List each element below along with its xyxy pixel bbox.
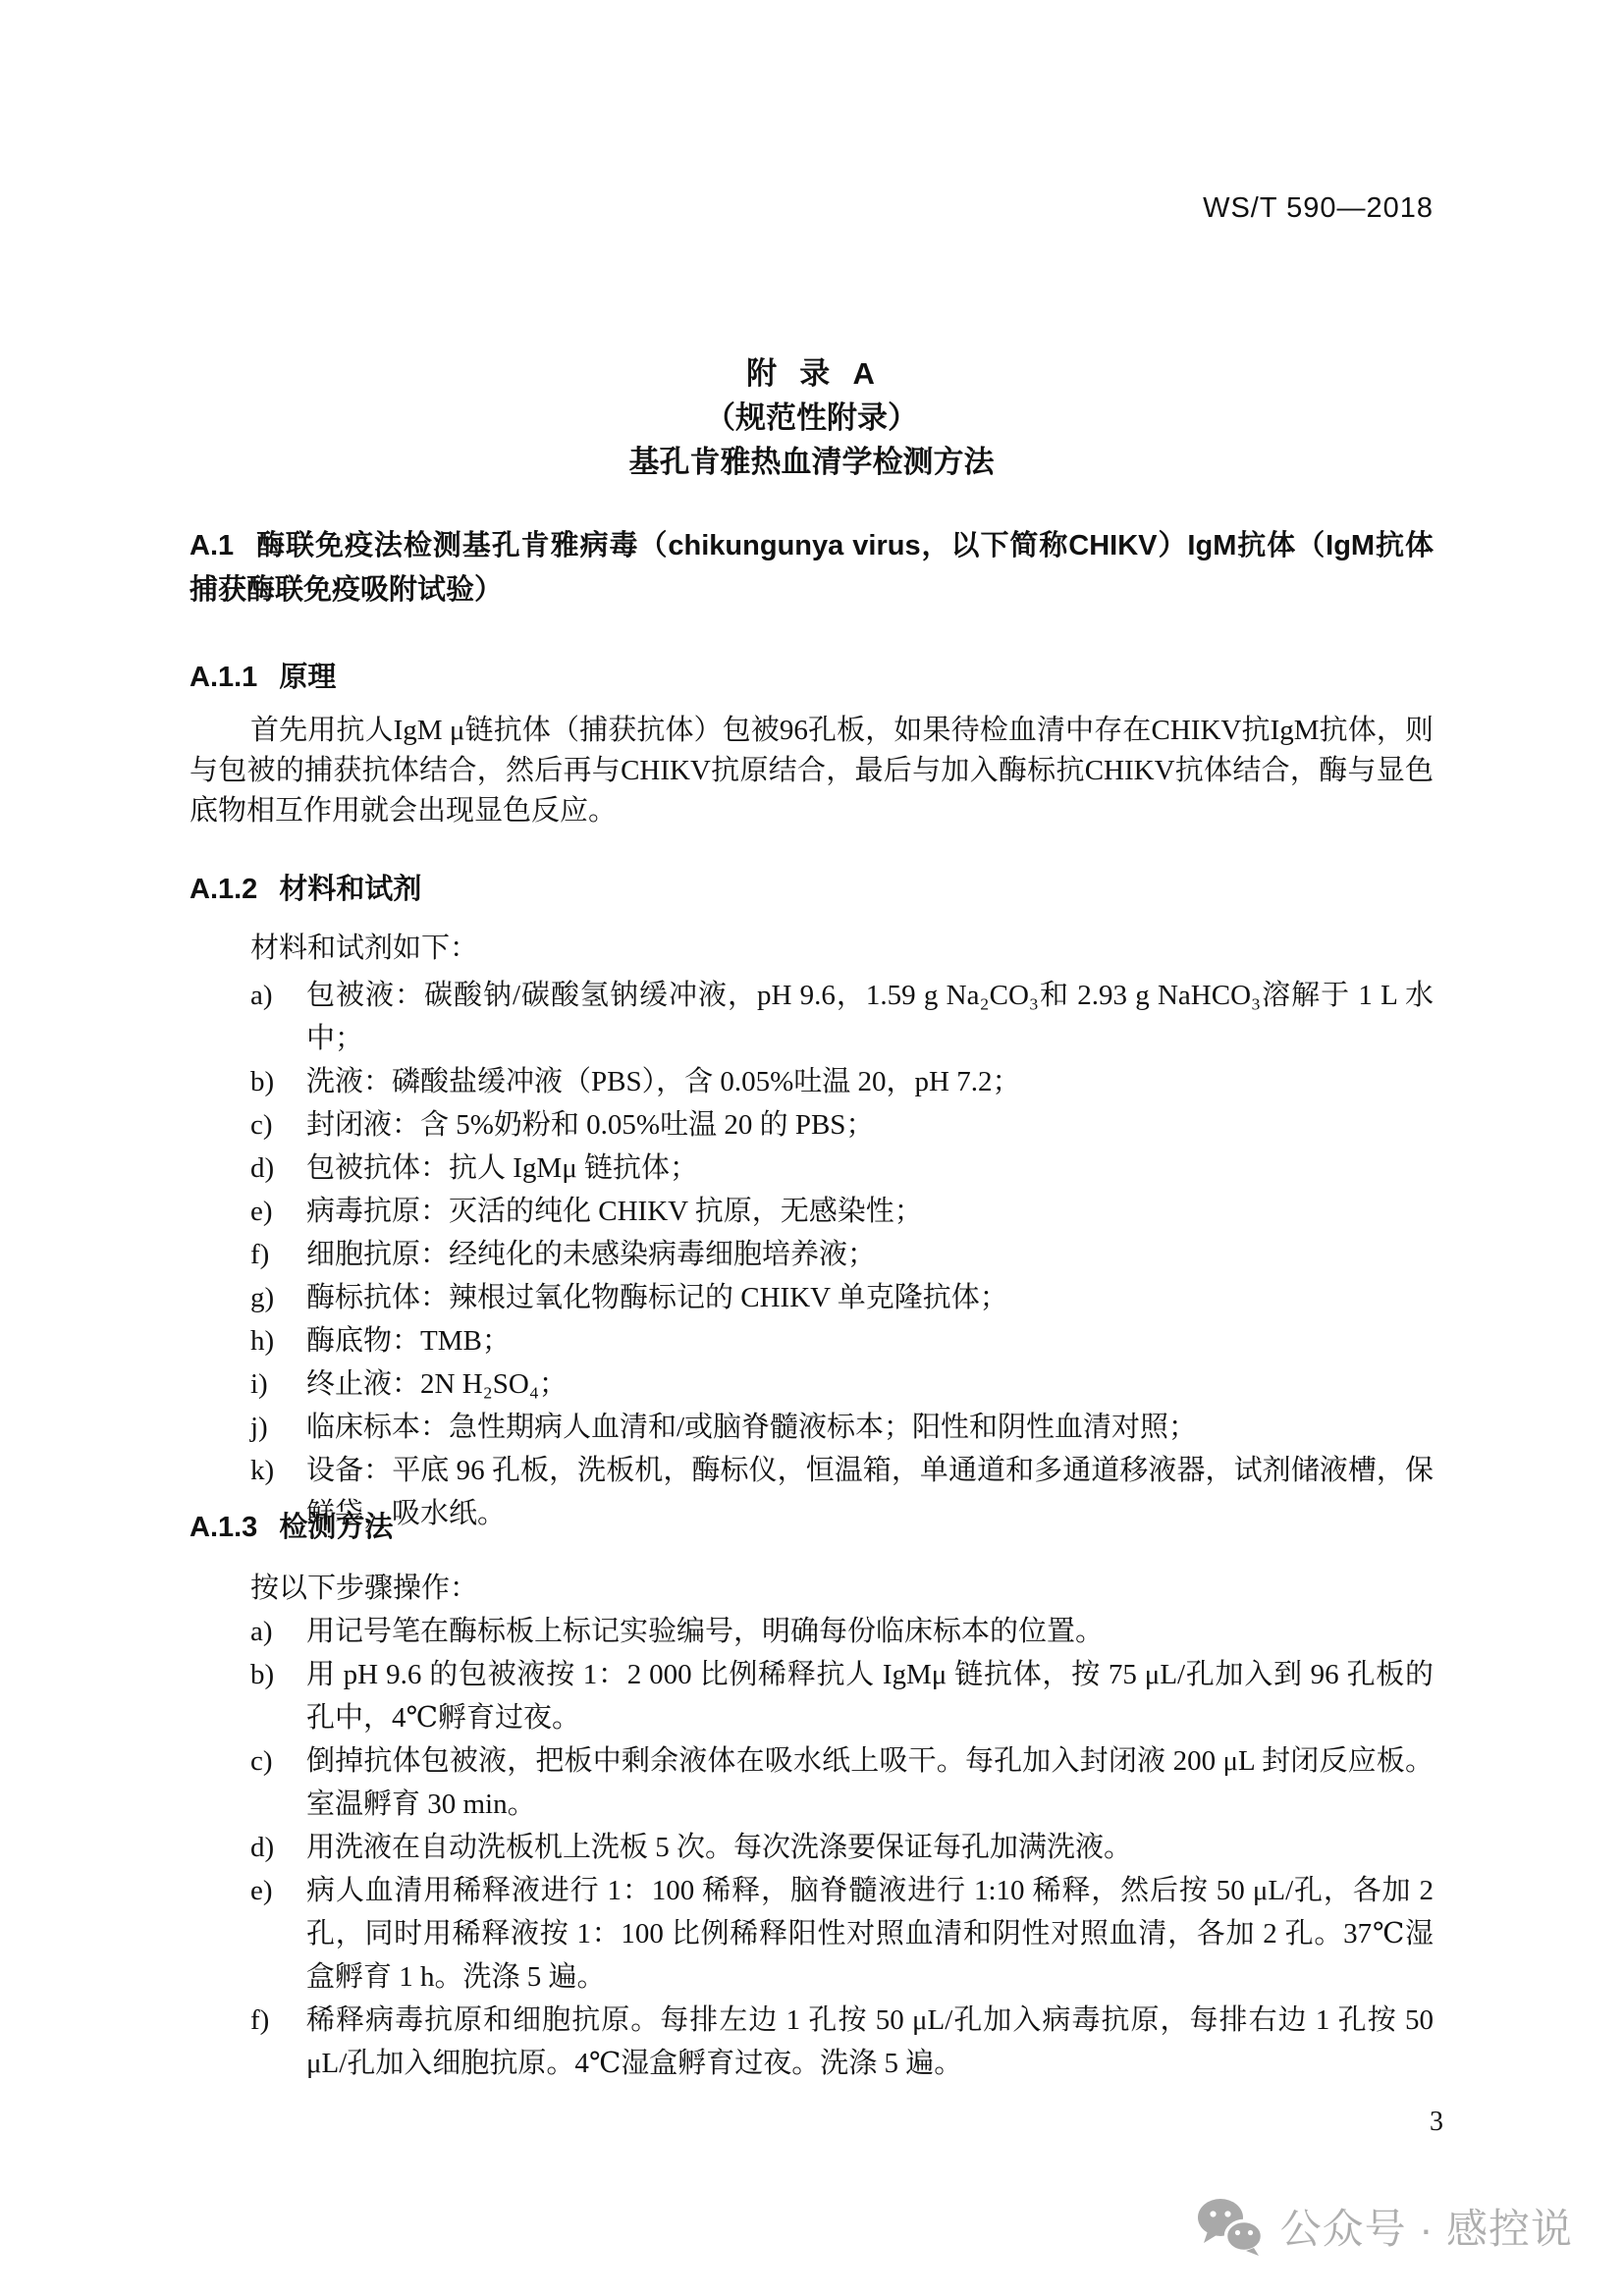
list-item-label: g) [250,1276,274,1319]
list-item-text: 包被抗体：抗人 IgMμ 链抗体； [306,1152,698,1184]
list-item-label: i) [250,1362,268,1406]
list-item: b)洗液：磷酸盐缓冲液（PBS），含 0.05%吐温 20，pH 7.2； [189,1060,1434,1103]
list-item: h)酶底物：TMB； [189,1319,1434,1362]
list-item-label: f) [250,1999,269,2042]
list-item: e)病人血清用稀释液进行 1：100 稀释，脑脊髓液进行 1:10 稀释，然后按… [189,1869,1434,1999]
list-item-text: 临床标本：急性期病人血清和/或脑脊髓液标本；阳性和阴性血清对照； [306,1412,1197,1443]
list-item-label: c) [250,1739,273,1783]
list-item: a)包被液：碳酸钠/碳酸氢钠缓冲液，pH 9.6，1.59 g Na₂CO₃和 … [189,974,1434,1060]
list-item-text: 用洗液在自动洗板机上洗板 5 次。每次洗涤要保证每孔加满洗液。 [306,1832,1132,1863]
list-item: f)稀释病毒抗原和细胞抗原。每排左边 1 孔按 50 μL/孔加入病毒抗原，每排… [189,1999,1434,2085]
list-item-label: b) [250,1060,274,1103]
principle-paragraph: 首先用抗人IgM μ链抗体（捕获抗体）包被96孔板，如果待检血清中存在CHIKV… [189,711,1434,831]
section-title: 材料和试剂 [279,874,421,905]
document-page: WS/T 590—2018 附 录 A （规范性附录） 基孔肯雅热血清学检测方法… [0,0,1624,2296]
list-item-label: e) [250,1190,273,1233]
list-item: c)倒掉抗体包被液，把板中剩余液体在吸水纸上吸干。每孔加入封闭液 200 μL … [189,1739,1434,1826]
document-header: WS/T 590—2018 [189,192,1434,225]
watermark-text: 公众号 · 感控说 [1280,2197,1573,2256]
list-item-text: 酶标抗体：辣根过氧化物酶标记的 CHIKV 单克隆抗体； [306,1282,1008,1313]
list-item: a)用记号笔在酶标板上标记实验编号，明确每份临床标本的位置。 [189,1610,1434,1653]
list-item-text: 用 pH 9.6 的包被液按 1：2 000 比例稀释抗人 IgMμ 链抗体，按… [306,1659,1434,1734]
appendix-title-block: 附 录 A （规范性附录） 基孔肯雅热血清学检测方法 [189,351,1434,484]
list-item-text: 包被液：碳酸钠/碳酸氢钠缓冲液，pH 9.6，1.59 g Na₂CO₃和 2.… [306,980,1434,1054]
list-item-text: 倒掉抗体包被液，把板中剩余液体在吸水纸上吸干。每孔加入封闭液 200 μL 封闭… [306,1745,1434,1820]
section-a1-heading: A.1酶联免疫法检测基孔肯雅病毒（chikungunya virus，以下简称C… [189,524,1434,613]
list-item: c)封闭液：含 5%奶粉和 0.05%吐温 20 的 PBS； [189,1103,1434,1147]
section-title: 酶联免疫法检测基孔肯雅病毒（chikungunya virus，以下简称CHIK… [189,530,1434,606]
list-item: i)终止液：2N H₂SO₄； [189,1362,1434,1406]
list-item-text: 细胞抗原：经纯化的未感染病毒细胞培养液； [306,1239,876,1270]
list-item-text: 酶底物：TMB； [306,1325,511,1357]
list-item-label: d) [250,1147,274,1190]
list-item: j)临床标本：急性期病人血清和/或脑脊髓液标本；阳性和阴性血清对照； [189,1406,1434,1449]
list-item-text: 稀释病毒抗原和细胞抗原。每排左边 1 孔按 50 μL/孔加入病毒抗原，每排右边… [306,2004,1434,2079]
standard-code: WS/T 590—2018 [1203,192,1434,224]
methods-list: a)用记号笔在酶标板上标记实验编号，明确每份临床标本的位置。 b)用 pH 9.… [189,1610,1434,2085]
list-item: g)酶标抗体：辣根过氧化物酶标记的 CHIKV 单克隆抗体； [189,1276,1434,1319]
watermark: 公众号 · 感控说 [1196,2197,1573,2256]
appendix-subject: 基孔肯雅热血清学检测方法 [189,440,1434,484]
page-number: 3 [1430,2107,1443,2138]
list-item-label: f) [250,1233,269,1276]
list-item-text: 病毒抗原：灭活的纯化 CHIKV 抗原，无感染性； [306,1196,923,1227]
list-item-label: a) [250,974,273,1017]
appendix-heading: 附 录 A [189,351,1434,396]
section-a11-heading: A.1.1原理 [189,656,1434,700]
list-item-text: 用记号笔在酶标板上标记实验编号，明确每份临床标本的位置。 [306,1616,1104,1647]
list-item-label: e) [250,1869,273,1912]
section-a12-heading: A.1.2材料和试剂 [189,868,1434,912]
appendix-type: （规范性附录） [189,396,1434,440]
methods-intro: 按以下步骤操作： [189,1567,1434,1610]
list-item: e)病毒抗原：灭活的纯化 CHIKV 抗原，无感染性； [189,1190,1434,1233]
section-number: A.1.3 [189,1512,257,1543]
list-item: b)用 pH 9.6 的包被液按 1：2 000 比例稀释抗人 IgMμ 链抗体… [189,1653,1434,1739]
list-item-text: 病人血清用稀释液进行 1：100 稀释，脑脊髓液进行 1:10 稀释，然后按 5… [306,1875,1434,1993]
section-title: 原理 [279,662,336,693]
section-number: A.1 [189,530,234,561]
materials-intro: 材料和试剂如下： [189,927,1434,970]
section-number: A.1.2 [189,874,257,905]
list-item-text: 终止液：2N H₂SO₄； [306,1368,568,1400]
list-item-label: h) [250,1319,274,1362]
list-item-label: b) [250,1653,274,1696]
list-item-label: a) [250,1610,273,1653]
section-number: A.1.1 [189,662,257,693]
list-item-label: k) [250,1449,274,1492]
list-item-text: 封闭液：含 5%奶粉和 0.05%吐温 20 的 PBS； [306,1109,874,1141]
section-title: 检测方法 [279,1512,393,1543]
list-item-label: c) [250,1103,273,1147]
section-a13-heading: A.1.3检测方法 [189,1506,1434,1550]
materials-list: a)包被液：碳酸钠/碳酸氢钠缓冲液，pH 9.6，1.59 g Na₂CO₃和 … [189,974,1434,1535]
list-item: f)细胞抗原：经纯化的未感染病毒细胞培养液； [189,1233,1434,1276]
list-item-text: 洗液：磷酸盐缓冲液（PBS），含 0.05%吐温 20，pH 7.2； [306,1066,1020,1097]
list-item: d)用洗液在自动洗板机上洗板 5 次。每次洗涤要保证每孔加满洗液。 [189,1826,1434,1869]
wechat-icon [1196,2197,1265,2256]
list-item-label: d) [250,1826,274,1869]
list-item-label: j) [250,1406,268,1449]
list-item: d)包被抗体：抗人 IgMμ 链抗体； [189,1147,1434,1190]
